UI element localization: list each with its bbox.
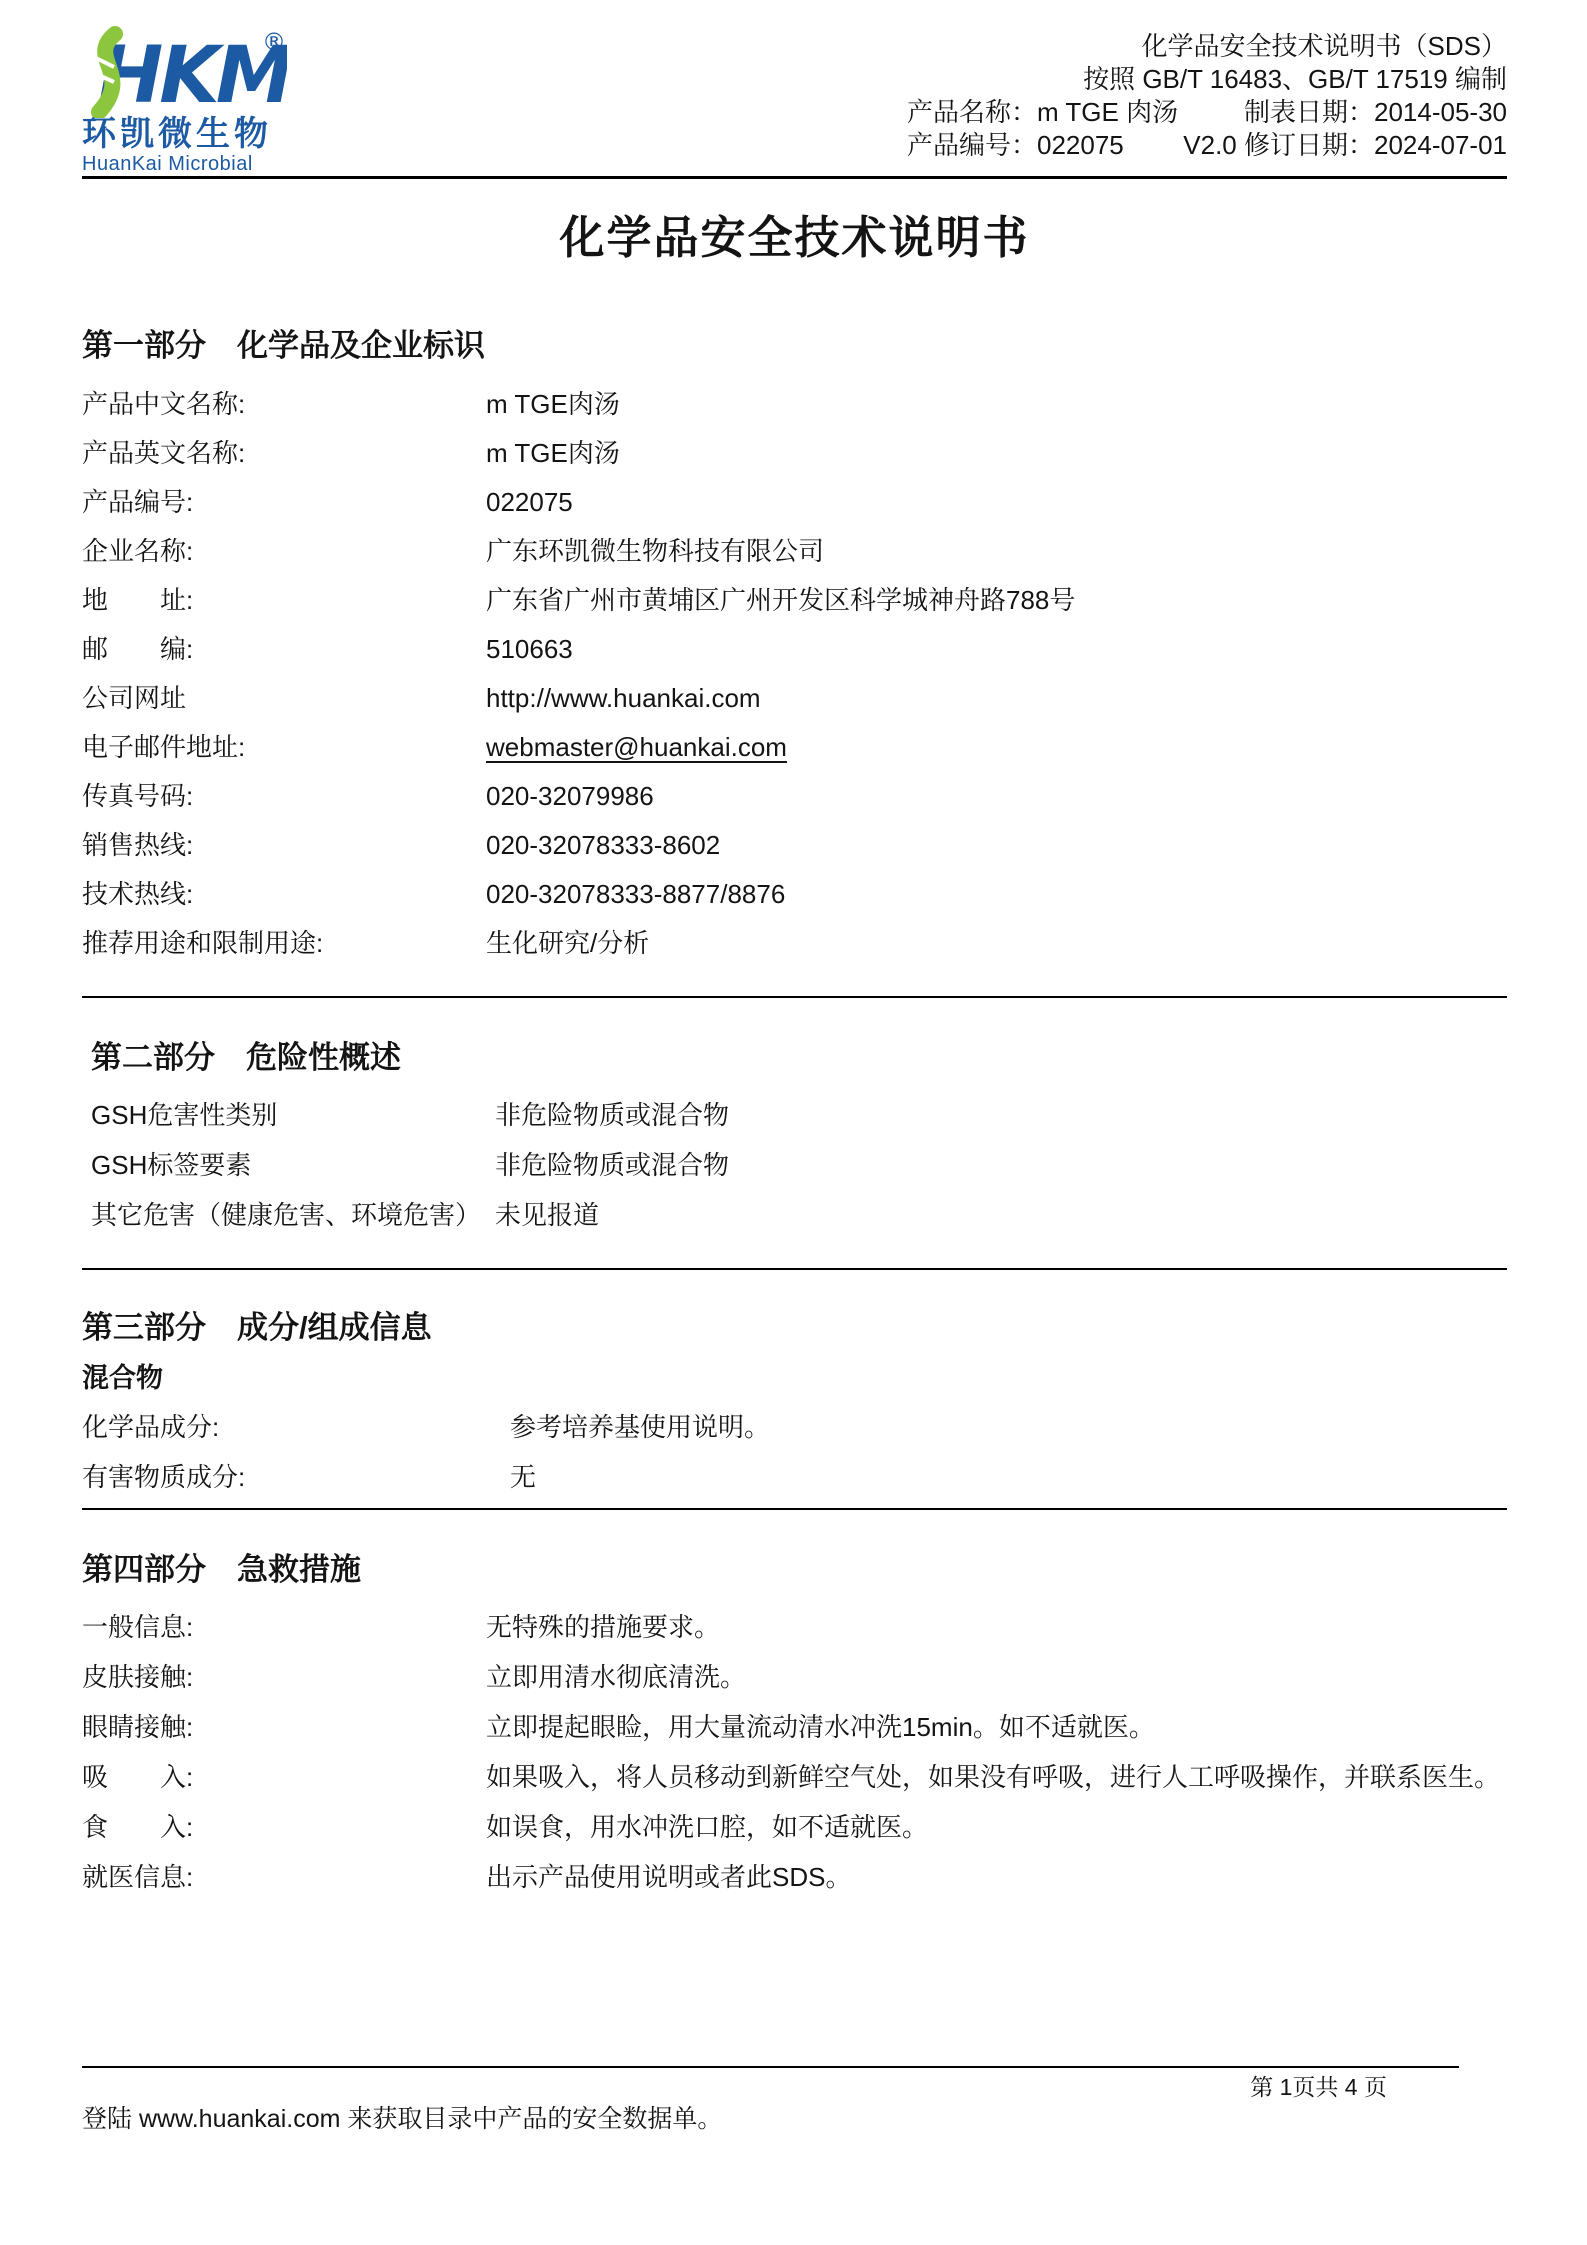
page-title: 化学品安全技术说明书 [82, 212, 1507, 264]
field-value: 非危险物质或混合物 [495, 1090, 1507, 1140]
field-label: 吸 入: [82, 1752, 486, 1802]
field-row: 产品中文名称: m TGE肉汤 [82, 380, 1507, 429]
field-value: 参考培养基使用说明。 [510, 1402, 1507, 1452]
footer-note: 登陆 www.huankai.com 来获取目录中产品的安全数据单。 [82, 2104, 1507, 2134]
section-composition: 第三部分 成分/组成信息 混合物 化学品成分: 参考培养基使用说明。 有害物质成… [82, 1308, 1507, 1510]
email-link[interactable]: webmaster@huankai.com [486, 723, 1507, 772]
field-row: 电子邮件地址: webmaster@huankai.com [82, 723, 1507, 772]
field-value: 如果吸入，将人员移动到新鲜空气处，如果没有呼吸，进行人工呼吸操作，并联系医生。 [486, 1752, 1507, 1802]
mixture-subheading: 混合物 [82, 1354, 1507, 1402]
company-logo: HKM ® 环凯微生物 HuanKai Microbial [82, 26, 292, 176]
field-value: 无特殊的措施要求。 [486, 1602, 1507, 1652]
section-divider [82, 1268, 1507, 1270]
field-value: 广东省广州市黄埔区广州开发区科学城神舟路788号 [486, 576, 1507, 625]
field-value: 无 [510, 1452, 1507, 1502]
product-code: 产品编号：022075 [907, 129, 1124, 162]
section-divider [82, 1508, 1507, 1510]
field-label: 企业名称: [82, 527, 486, 576]
field-row: 推荐用途和限制用途: 生化研究/分析 [82, 919, 1507, 968]
field-row: 企业名称: 广东环凯微生物科技有限公司 [82, 527, 1507, 576]
field-row: 销售热线: 020-32078333-8602 [82, 821, 1507, 870]
section-heading: 第二部分 危险性概述 [91, 1038, 1507, 1078]
field-label: 产品编号: [82, 478, 486, 527]
logo-text: HKM [98, 31, 287, 118]
section-heading: 第四部分 急救措施 [82, 1550, 1507, 1590]
field-value: 如误食，用水冲洗口腔，如不适就医。 [486, 1802, 1507, 1852]
field-value: 出示产品使用说明或者此SDS。 [486, 1852, 1507, 1902]
page-number: 第 1页共 4 页 [1250, 2072, 1387, 2102]
field-label: 销售热线: [82, 821, 486, 870]
field-label: GSH危害性类别 [91, 1090, 495, 1140]
field-row: 食 入: 如误食，用水冲洗口腔，如不适就医。 [82, 1802, 1507, 1852]
field-label: 化学品成分: [82, 1402, 510, 1452]
field-label: 产品英文名称: [82, 429, 486, 478]
field-label: 就医信息: [82, 1852, 486, 1902]
field-value: m TGE肉汤 [486, 429, 1507, 478]
footer-divider [82, 2066, 1459, 2068]
field-label: 公司网址 [82, 674, 486, 723]
field-row: 邮 编: 510663 [82, 625, 1507, 674]
field-row: GSH标签要素 非危险物质或混合物 [91, 1140, 1507, 1190]
field-label: GSH标签要素 [91, 1140, 495, 1190]
section-identification: 第一部分 化学品及企业标识 产品中文名称: m TGE肉汤 产品英文名称: m … [82, 326, 1507, 998]
website-url: http://www.huankai.com [486, 674, 1507, 723]
field-row: 一般信息: 无特殊的措施要求。 [82, 1602, 1507, 1652]
field-label: 技术热线: [82, 870, 486, 919]
field-value: 广东环凯微生物科技有限公司 [486, 527, 1507, 576]
field-label: 邮 编: [82, 625, 486, 674]
field-row: 皮肤接触: 立即用清水彻底清洗。 [82, 1652, 1507, 1702]
field-label: 皮肤接触: [82, 1652, 486, 1702]
field-value: m TGE肉汤 [486, 380, 1507, 429]
sds-page: HKM ® 环凯微生物 HuanKai Microbial 化学品安全技术说明书… [0, 0, 1587, 2245]
field-value: 非危险物质或混合物 [495, 1140, 1507, 1190]
field-label: 食 入: [82, 1802, 486, 1852]
field-label: 有害物质成分: [82, 1452, 510, 1502]
field-value: 022075 [486, 478, 1507, 527]
field-value: 020-32078333-8877/8876 [486, 870, 1507, 919]
field-row: 就医信息: 出示产品使用说明或者此SDS。 [82, 1852, 1507, 1902]
field-row: 吸 入: 如果吸入，将人员移动到新鲜空气处，如果没有呼吸，进行人工呼吸操作，并联… [82, 1752, 1507, 1802]
field-label: 电子邮件地址: [82, 723, 486, 772]
field-label: 产品中文名称: [82, 380, 486, 429]
field-row: 地 址: 广东省广州市黄埔区广州开发区科学城神舟路788号 [82, 576, 1507, 625]
hkm-logo-mark: HKM ® [82, 26, 287, 118]
field-row: 产品编号: 022075 [82, 478, 1507, 527]
field-row: 眼睛接触: 立即提起眼睑，用大量流动清水冲洗15min。如不适就医。 [82, 1702, 1507, 1752]
field-row: 传真号码: 020-32079986 [82, 772, 1507, 821]
revision-date: V2.0 修订日期：2024-07-01 [1183, 129, 1507, 162]
field-label: 地 址: [82, 576, 486, 625]
field-value: 立即用清水彻底清洗。 [486, 1652, 1507, 1702]
company-name-en: HuanKai Microbial [82, 152, 292, 176]
section-first-aid: 第四部分 急救措施 一般信息: 无特殊的措施要求。 皮肤接触: 立即用清水彻底清… [82, 1550, 1507, 1902]
field-value: 立即提起眼睑，用大量流动清水冲洗15min。如不适就医。 [486, 1702, 1507, 1752]
field-label: 一般信息: [82, 1602, 486, 1652]
standard-note: 按照 GB/T 16483、GB/T 17519 编制 [907, 63, 1507, 96]
page-footer: 第 1页共 4 页 登陆 www.huankai.com 来获取目录中产品的安全… [82, 2066, 1507, 2134]
create-date: 制表日期：2014-05-30 [1244, 96, 1507, 129]
company-name-cn: 环凯微生物 [82, 116, 292, 152]
header-meta: 化学品安全技术说明书（SDS） 按照 GB/T 16483、GB/T 17519… [907, 26, 1507, 162]
field-value: 020-32079986 [486, 772, 1507, 821]
field-label: 传真号码: [82, 772, 486, 821]
field-label: 其它危害（健康危害、环境危害） [91, 1190, 495, 1240]
section-heading: 第三部分 成分/组成信息 [82, 1308, 1507, 1348]
field-row: 有害物质成分: 无 [82, 1452, 1507, 1502]
product-name: 产品名称：m TGE 肉汤 [907, 96, 1178, 129]
field-row: GSH危害性类别 非危险物质或混合物 [91, 1090, 1507, 1140]
field-value: 生化研究/分析 [486, 919, 1507, 968]
page-header: HKM ® 环凯微生物 HuanKai Microbial 化学品安全技术说明书… [82, 0, 1507, 179]
field-value: 未见报道 [495, 1190, 1507, 1240]
doc-type: 化学品安全技术说明书（SDS） [907, 30, 1507, 63]
field-label: 推荐用途和限制用途: [82, 919, 486, 968]
field-label: 眼睛接触: [82, 1702, 486, 1752]
section-heading: 第一部分 化学品及企业标识 [82, 326, 1507, 366]
field-row: 公司网址 http://www.huankai.com [82, 674, 1507, 723]
field-row: 化学品成分: 参考培养基使用说明。 [82, 1402, 1507, 1452]
registered-mark: ® [262, 28, 286, 56]
field-row: 其它危害（健康危害、环境危害） 未见报道 [91, 1190, 1507, 1240]
field-row: 产品英文名称: m TGE肉汤 [82, 429, 1507, 478]
field-row: 技术热线: 020-32078333-8877/8876 [82, 870, 1507, 919]
section-divider [82, 996, 1507, 998]
field-value: 510663 [486, 625, 1507, 674]
section-hazards: 第二部分 危险性概述 GSH危害性类别 非危险物质或混合物 GSH标签要素 非危… [82, 1038, 1507, 1270]
field-value: 020-32078333-8602 [486, 821, 1507, 870]
